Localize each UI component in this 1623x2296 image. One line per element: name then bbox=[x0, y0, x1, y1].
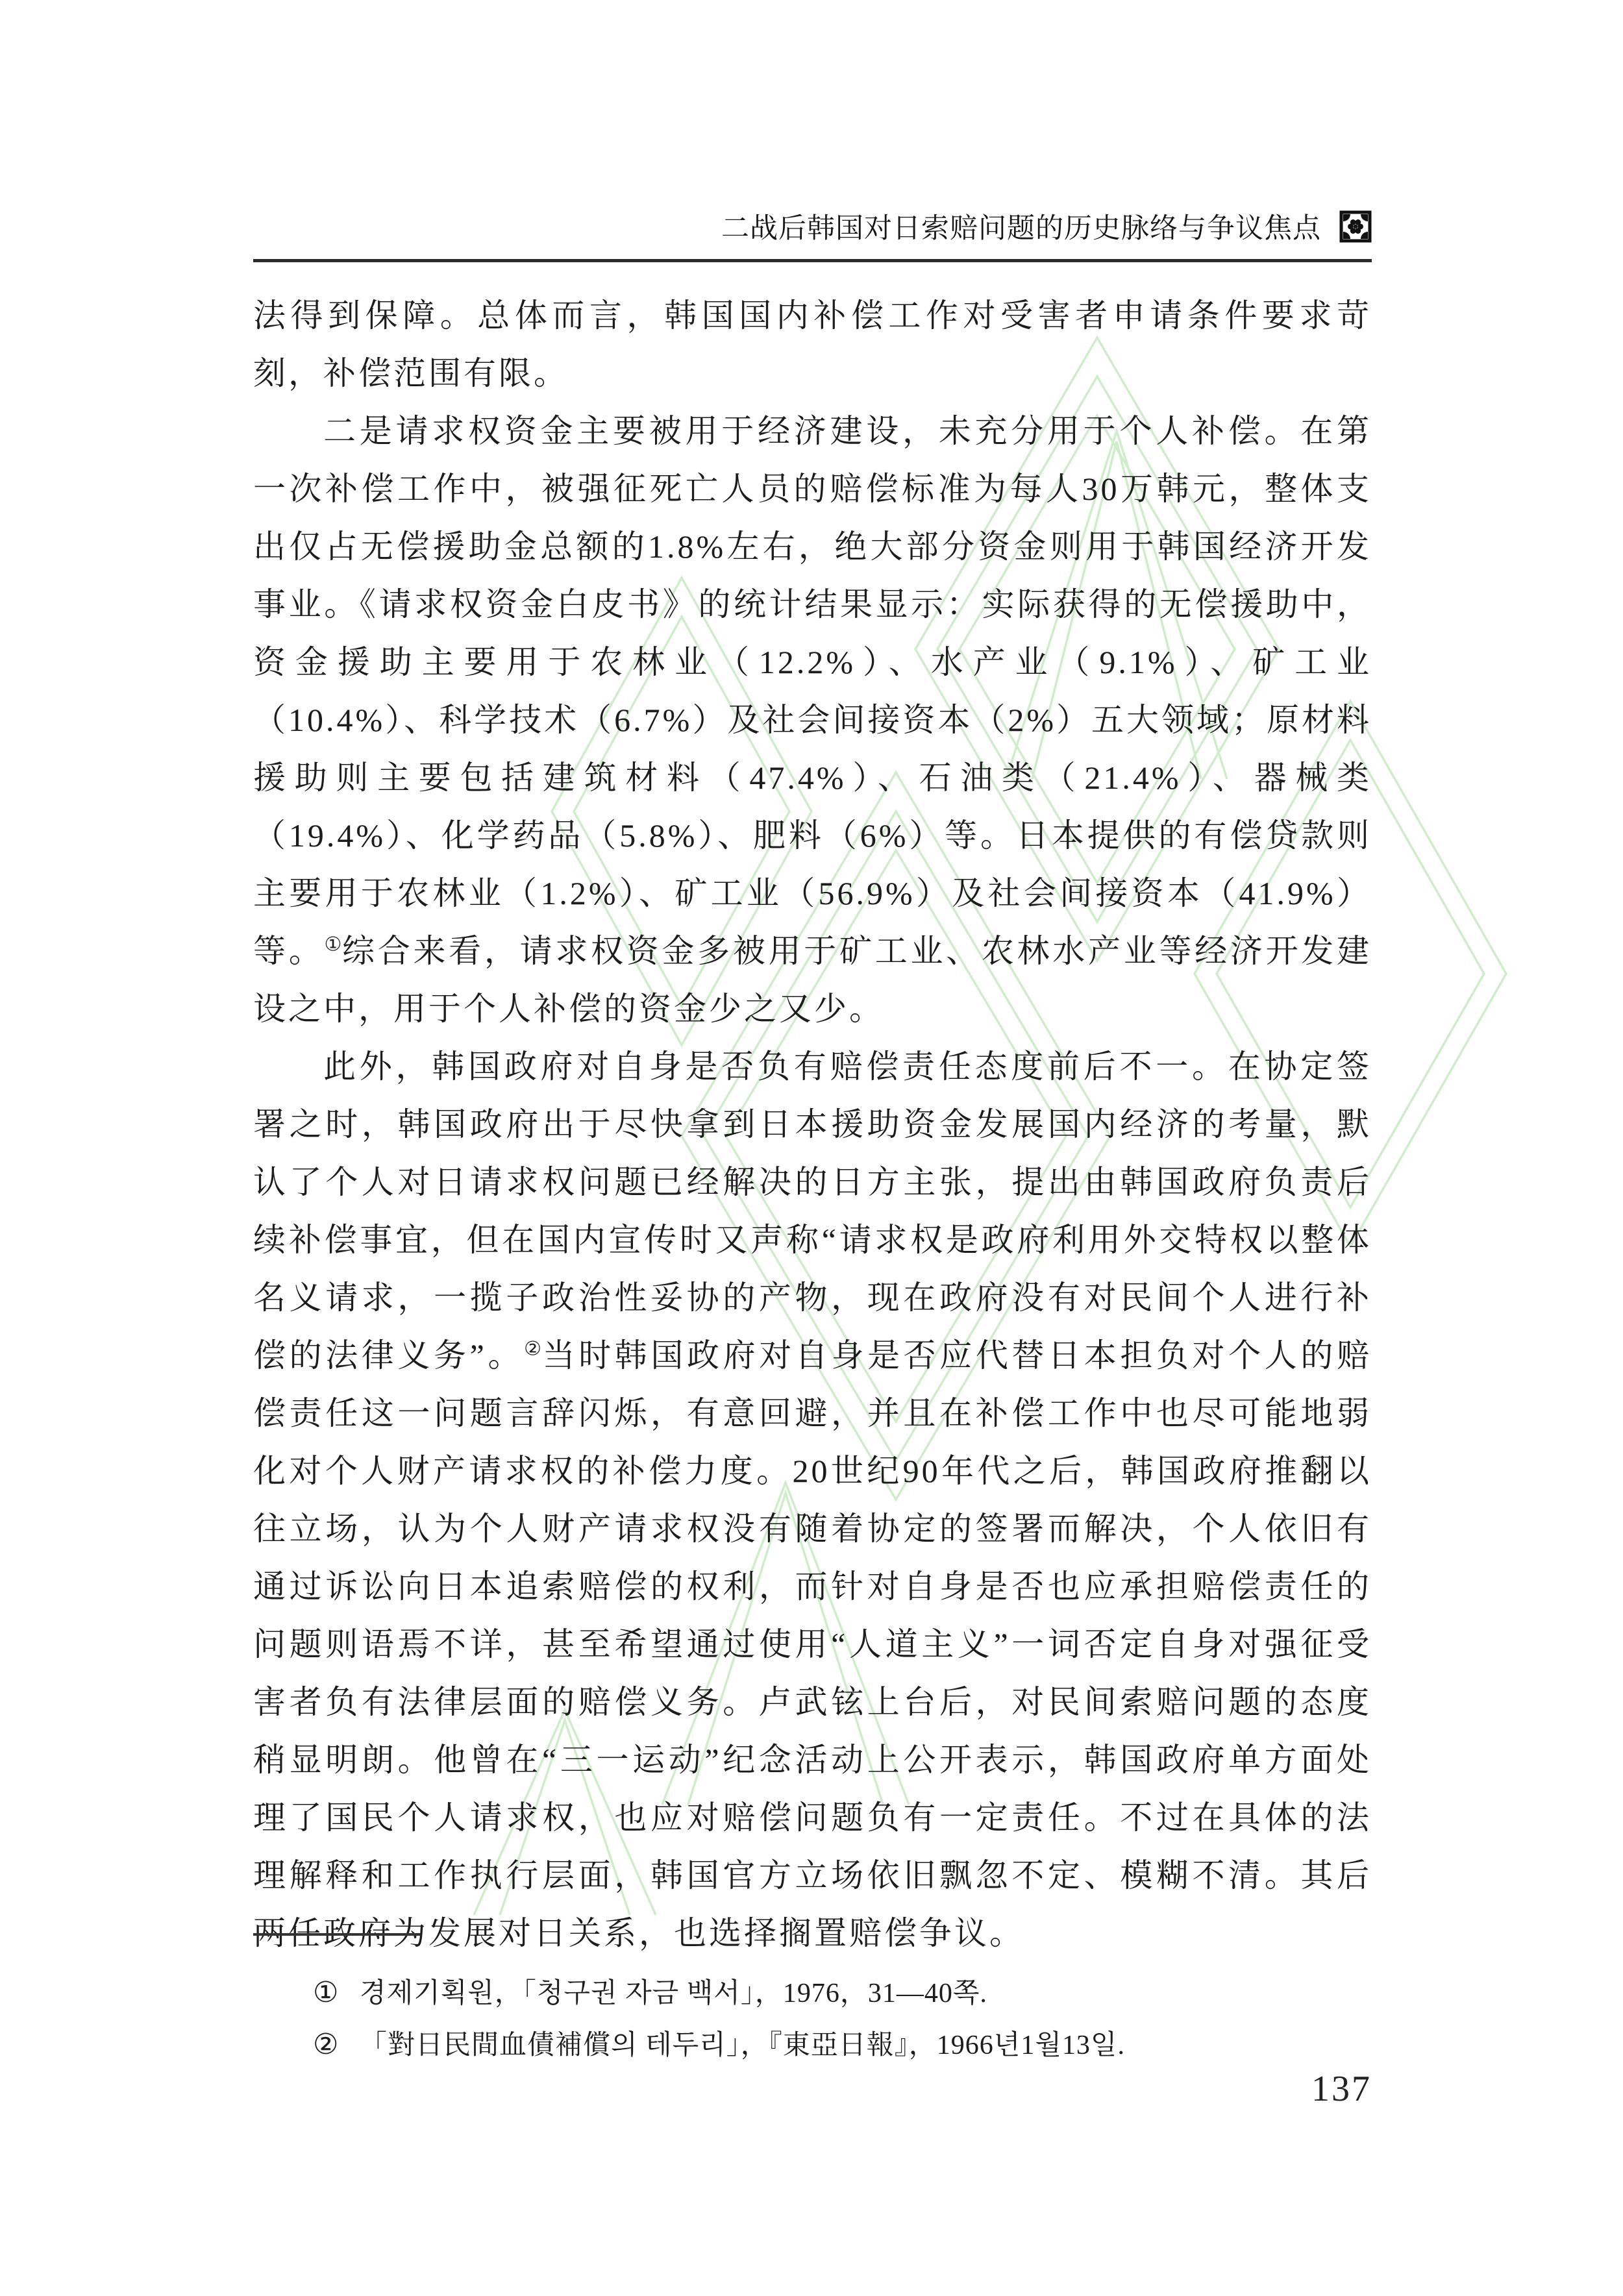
footnote-item: ①경제기획원，「청구권 자금 백서」，1976，31—40쪽. bbox=[253, 1967, 1372, 2019]
footnote-ref: ① bbox=[324, 933, 342, 955]
footnote-item: ②「對日民間血債補償의 테두리」，『東亞日報』，1966년1월13일. bbox=[253, 2019, 1372, 2071]
running-head-title: 二战后韩国对日索赔问题的历史脉络与争议焦点 bbox=[721, 206, 1321, 246]
footnote-block: ①경제기획원，「청구권 자금 백서」，1976，31—40쪽.②「對日民間血債補… bbox=[253, 1933, 1372, 2071]
body-paragraph: 此外，韩国政府对自身是否负有赔偿责任态度前后不一。在协定签署之时，韩国政府出于尽… bbox=[253, 1038, 1372, 1962]
body-paragraph: 二是请求权资金主要被用于经济建设，未充分用于个人补偿。在第一次补偿工作中，被强征… bbox=[253, 402, 1372, 1038]
body-paragraph: 法得到保障。总体而言，韩国国内补偿工作对受害者申请条件要求苛刻，补偿范围有限。 bbox=[253, 287, 1372, 402]
page-header: 二战后韩国对日索赔问题的历史脉络与争议焦点 bbox=[253, 206, 1372, 246]
footnote-text: 「對日民間血債補償의 테두리」，『東亞日報』，1966년1월13일. bbox=[360, 2019, 1372, 2071]
floral-tile-icon bbox=[1339, 210, 1372, 243]
page-number: 137 bbox=[1311, 2068, 1372, 2110]
footnote-text: 경제기획원，「청구권 자금 백서」，1976，31—40쪽. bbox=[360, 1968, 1372, 2019]
scanned-paper-page: 二战后韩国对日索赔问题的历史脉络与争议焦点 法得到保障。总体而言，韩国国内补偿工… bbox=[0, 0, 1623, 2296]
header-divider bbox=[253, 259, 1372, 262]
footnote-separator bbox=[253, 1933, 421, 1936]
footnote-marker: ② bbox=[313, 2019, 360, 2071]
footnote-ref: ② bbox=[524, 1338, 543, 1359]
article-body: 法得到保障。总体而言，韩国国内补偿工作对受害者申请条件要求苛刻，补偿范围有限。二… bbox=[253, 287, 1372, 1962]
footnote-marker: ① bbox=[313, 1967, 360, 2019]
